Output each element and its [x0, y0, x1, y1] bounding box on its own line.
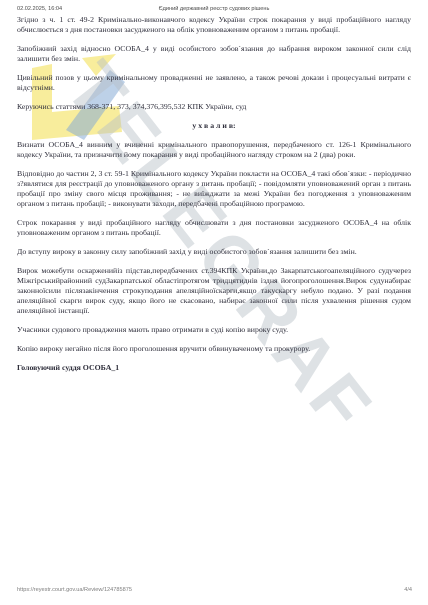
- paragraph: Керуючись статтями 368-371, 373, 374,376…: [17, 102, 411, 112]
- paragraph: Відповідно до частин 2, 3 ст. 59-1 Кримі…: [17, 169, 411, 209]
- paragraph: Згідно з ч. 1 ст. 49-2 Кримінально-викон…: [17, 15, 411, 35]
- paragraph: Вирок можебути оскарженийіз підстав,пере…: [17, 266, 411, 316]
- document-body: Згідно з ч. 1 ст. 49-2 Кримінально-викон…: [17, 15, 411, 382]
- header-datetime: 02.02.2025, 16:04: [17, 6, 62, 12]
- header-registry-title: Єдиний державний реєстр судових рішень: [159, 6, 270, 12]
- paragraph: Головуючий суддя ОСОБА_1: [17, 363, 411, 373]
- print-footer: https://reyestr.court.gov.ua/Review/1247…: [0, 587, 428, 597]
- footer-page-number: 4/4: [404, 587, 412, 593]
- court-decision-page: 02.02.2025, 16:04 Єдиний державний реєст…: [0, 0, 428, 605]
- footer-source-url: https://reyestr.court.gov.ua/Review/1247…: [17, 587, 132, 593]
- paragraph: у х в а л и в:: [17, 121, 411, 131]
- paragraph: Копію вироку негайно після його проголош…: [17, 344, 411, 354]
- paragraph: Визнати ОСОБА_4 винним у вчиненні кримін…: [17, 140, 411, 160]
- paragraph: Запобіжний захід відносно ОСОБА_4 у виді…: [17, 44, 411, 64]
- paragraph: Цивільний позов у цьому кримінальному пр…: [17, 73, 411, 93]
- paragraph: Учасники судового провадження мають прав…: [17, 325, 411, 335]
- paragraph: Строк покарання у виді пробаційного нагл…: [17, 218, 411, 238]
- paragraph: До вступу вироку в законну силу запобіжн…: [17, 247, 411, 257]
